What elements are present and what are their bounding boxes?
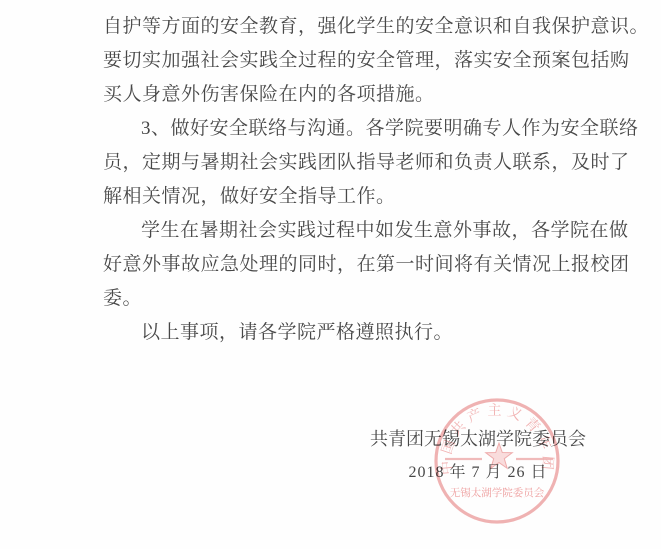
body-line: 要切实加强社会实践全过程的安全管理，落实安全预案包括购 [103,44,633,78]
signature-date: 2018 年 7 月 26 日 [368,463,588,483]
body-line: 3、做好安全联络与沟通。各学院要明确专人作为安全联络 [103,112,633,146]
body-line: 解相关情况，做好安全指导工作。 [103,180,633,214]
signature-block: 共青团无锡太湖学院委员会 2018 年 7 月 26 日 [368,428,588,483]
body-line: 自护等方面的安全教育，强化学生的安全意识和自我保护意识。 [103,10,633,44]
body-line: 委。 [103,282,633,316]
body-line: 学生在暑期社会实践过程中如发生意外事故，各学院在做 [103,214,633,248]
body-line: 员，定期与暑期社会实践团队指导老师和负责人联系，及时了 [103,146,633,180]
signature-organization: 共青团无锡太湖学院委员会 [368,428,588,450]
document-body: 自护等方面的安全教育，强化学生的安全意识和自我保护意识。 要切实加强社会实践全过… [103,10,633,350]
scanned-document-page: 自护等方面的安全教育，强化学生的安全意识和自我保护意识。 要切实加强社会实践全过… [0,0,661,549]
body-line: 以上事项，请各学院严格遵照执行。 [103,316,633,350]
body-line: 买人身意外伤害保险在内的各项措施。 [103,78,633,112]
seal-inner-text: 无锡太湖学院委员会 [450,486,545,499]
body-line: 好意外事故应急处理的同时，在第一时间将有关情况上报校团 [103,248,633,282]
